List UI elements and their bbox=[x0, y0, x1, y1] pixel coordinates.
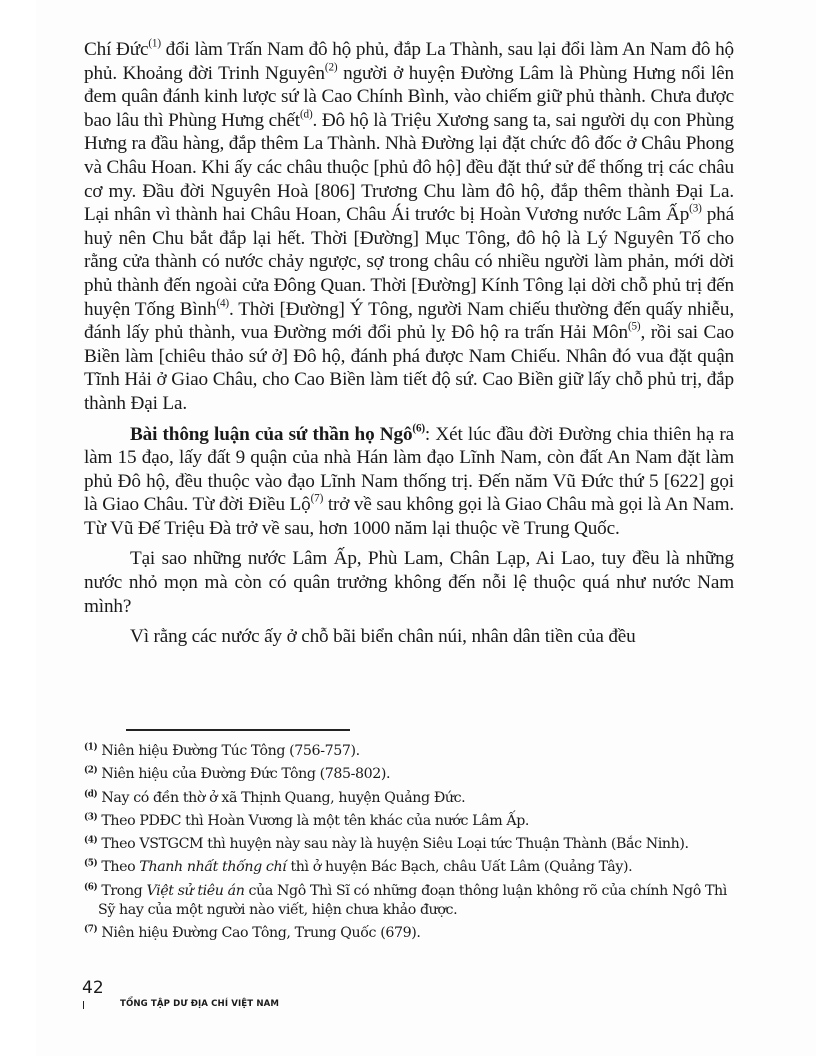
paragraph-2: Bài thông luận của sứ thần họ Ngô(6): Xé… bbox=[84, 423, 734, 541]
footnote-separator bbox=[126, 729, 350, 731]
book-title: Việt sử tiêu án bbox=[146, 883, 244, 899]
footnote-ref[interactable]: (6) bbox=[412, 422, 425, 434]
page-number: 42 bbox=[82, 979, 104, 997]
section-heading: Bài thông luận của sứ thần họ Ngô bbox=[130, 424, 412, 445]
paragraph-1: Chí Đức(1) đổi làm Trấn Nam đô hộ phủ, đ… bbox=[84, 38, 734, 416]
footnote-ref[interactable]: (7) bbox=[311, 493, 324, 505]
footnote-ref[interactable]: (2) bbox=[325, 61, 338, 73]
footnote-2: (2) Niên hiệu của Đường Đức Tông (785-80… bbox=[84, 765, 734, 784]
footnote-6: (6) Trong Việt sử tiêu án của Ngô Thì Sĩ… bbox=[84, 882, 734, 920]
footnote-ref[interactable]: (4) bbox=[216, 297, 229, 309]
footnote-ref[interactable]: (5) bbox=[628, 321, 641, 333]
footnote-ref[interactable]: (3) bbox=[689, 203, 702, 215]
book-title: Thanh nhất thống chí bbox=[139, 859, 286, 875]
footnote-5: (5) Theo Thanh nhất thống chí thì ở huyệ… bbox=[84, 858, 734, 877]
page-number-tick bbox=[83, 1001, 84, 1009]
footnote-d: (d) Nay có đền thờ ở xã Thịnh Quang, huy… bbox=[84, 789, 734, 808]
footnote-3: (3) Theo PDĐC thì Hoàn Vương là một tên … bbox=[84, 812, 734, 831]
paragraph-4: Vì rằng các nước ấy ở chỗ bãi biển chân … bbox=[84, 625, 734, 649]
paragraph-3: Tại sao những nước Lâm Ấp, Phù Lam, Chân… bbox=[84, 547, 734, 618]
scan-margin bbox=[0, 0, 36, 1056]
footnotes: (1) Niên hiệu Đường Túc Tông (756-757). … bbox=[84, 742, 734, 947]
footnote-ref[interactable]: (1) bbox=[148, 38, 161, 50]
footnote-7: (7) Niên hiệu Đường Cao Tông, Trung Quốc… bbox=[84, 924, 734, 943]
document-page: Chí Đức(1) đổi làm Trấn Nam đô hộ phủ, đ… bbox=[0, 0, 816, 1056]
main-text: Chí Đức(1) đổi làm Trấn Nam đô hộ phủ, đ… bbox=[84, 38, 734, 656]
footnote-4: (4) Theo VSTGCM thì huyện này sau này là… bbox=[84, 835, 734, 854]
footnote-ref[interactable]: (d) bbox=[300, 108, 313, 120]
running-title: TỔNG TẬP DƯ ĐỊA CHÍ VIỆT NAM bbox=[120, 999, 279, 1009]
footnote-1: (1) Niên hiệu Đường Túc Tông (756-757). bbox=[84, 742, 734, 761]
